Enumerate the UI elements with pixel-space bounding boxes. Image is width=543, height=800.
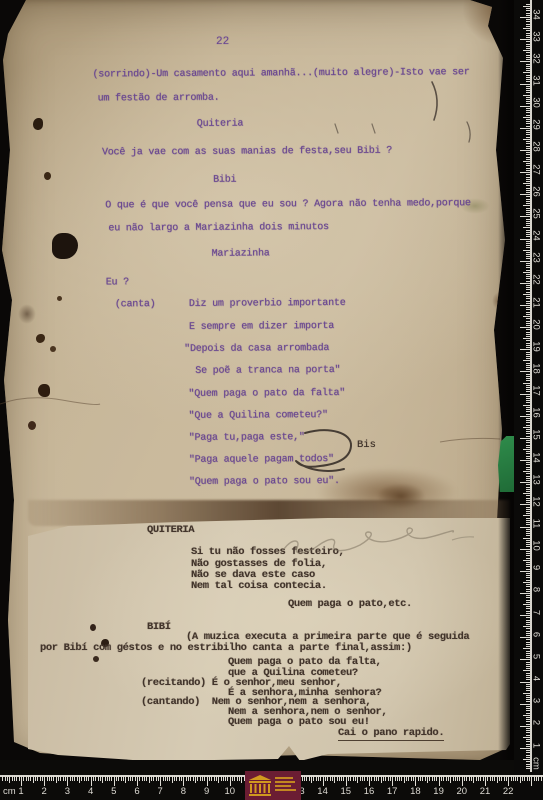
ruler-tick [151, 776, 152, 781]
ruler-tick [188, 776, 189, 781]
ruler-tick [209, 776, 210, 781]
ruler-tick [399, 776, 400, 781]
ruler-number: 22 [498, 786, 518, 797]
ruler-number: 30 [530, 95, 543, 111]
ruler-tick [520, 659, 530, 660]
ruler-tick [526, 4, 531, 5]
ruler-tick [490, 776, 491, 781]
ruler-tick [84, 776, 85, 781]
ruler-tick [218, 776, 219, 783]
ruler-tick [499, 776, 500, 781]
ruler-tick [109, 776, 110, 781]
ruler-number: 31 [530, 73, 543, 89]
ruler-tick [107, 776, 108, 781]
ruler-tick [323, 776, 324, 786]
ruler-tick [443, 776, 444, 781]
ruler-tick [2, 776, 3, 781]
ruler-tick [88, 776, 89, 781]
ruler-number: 24 [530, 228, 543, 244]
ruler-tick [142, 776, 143, 781]
ruler-tick [19, 776, 20, 781]
paper-stain [28, 421, 36, 430]
ruler-tick [418, 776, 419, 781]
ruler-tick [497, 776, 498, 783]
ruler-tick [16, 776, 17, 781]
ruler-number: 17 [382, 786, 402, 797]
ruler-number: 33 [530, 28, 543, 44]
bottom-ruler-unit-label: cm [3, 786, 16, 797]
ruler-tick [376, 776, 377, 781]
ruler-tick [381, 776, 382, 783]
ruler-number: 11 [530, 516, 543, 532]
ruler-tick [464, 776, 465, 781]
paper-stain [33, 118, 43, 130]
ruler-tick [453, 776, 454, 781]
paper-stain [36, 334, 45, 343]
ruler-tick [526, 580, 531, 581]
ruler-tick [60, 776, 61, 781]
ruler-tick [58, 776, 59, 781]
ruler-tick [469, 776, 470, 781]
ruler-tick [207, 776, 208, 786]
ruler-tick [313, 776, 314, 781]
ruler-tick [378, 776, 379, 781]
ruler-tick [526, 70, 531, 71]
ruler-tick [56, 776, 57, 783]
ruler-tick [526, 26, 531, 27]
ruler-tick [51, 776, 52, 781]
ruler-tick [526, 203, 531, 204]
ruler-tick [534, 776, 535, 781]
ruler-tick [408, 776, 409, 781]
ruler-tick [14, 776, 15, 781]
ruler-tick [466, 776, 467, 781]
typed-line: Eu ? [106, 277, 129, 288]
ruler-tick [197, 776, 198, 781]
ruler-tick [494, 776, 495, 781]
ruler-tick [241, 776, 242, 783]
ruler-tick [526, 688, 531, 689]
ruler-tick [318, 776, 319, 781]
typed-line: Diz um proverbio importante [189, 298, 346, 310]
ruler-tick [526, 115, 531, 116]
ruler-tick [369, 776, 370, 786]
ruler-tick [450, 776, 451, 783]
ruler-tick [520, 17, 530, 18]
ruler-tick [520, 261, 530, 262]
ruler-tick [471, 776, 472, 781]
ruler-tick [332, 776, 333, 781]
typed-line: Quem paga o pato,etc. [288, 598, 412, 610]
ruler-number: 13 [530, 471, 543, 487]
ruler-number: 34 [530, 6, 543, 22]
ruler-number: 18 [405, 786, 425, 797]
ruler-tick [44, 776, 45, 786]
ruler-tick [160, 776, 161, 786]
ruler-tick [397, 776, 398, 781]
ruler-tick [526, 92, 531, 93]
ruler-number: 18 [530, 360, 543, 376]
ruler-tick [392, 776, 393, 786]
ruler-tick [526, 225, 531, 226]
ruler-tick [74, 776, 75, 781]
ruler-tick [211, 776, 212, 781]
typed-line: um festão de arromba. [98, 93, 220, 105]
ruler-tick [79, 776, 80, 783]
ruler-tick [158, 776, 159, 781]
ruler-tick [309, 776, 310, 781]
ruler-tick [526, 289, 531, 290]
ruler-tick [513, 776, 514, 781]
ruler-tick [415, 776, 416, 786]
stamp-text-line [275, 785, 291, 787]
ruler-tick [520, 371, 530, 372]
ruler-tick [26, 776, 27, 781]
ruler-number: 10 [530, 538, 543, 554]
ruler-tick [193, 776, 194, 781]
ruler-tick [520, 571, 530, 572]
ruler-number: 7 [150, 786, 170, 797]
ruler-tick [130, 776, 131, 781]
ruler-tick [526, 157, 531, 158]
ruler-number: 21 [530, 294, 543, 310]
ruler-number: 25 [530, 205, 543, 221]
ruler-tick [343, 776, 344, 781]
ruler-tick [91, 776, 92, 786]
typed-line: Nem tal coisa contecia. [191, 580, 327, 592]
ruler-tick [339, 776, 340, 781]
ruler-tick [526, 68, 531, 69]
ruler-number: 6 [530, 626, 543, 642]
ruler-tick [67, 776, 68, 786]
ruler-tick [520, 305, 530, 306]
ruler-tick [526, 90, 531, 91]
ruler-tick [385, 776, 386, 781]
ruler-number: 4 [81, 786, 101, 797]
ruler-tick [21, 776, 22, 786]
ruler-tick [128, 776, 129, 781]
paper-stain [44, 172, 51, 180]
ruler-tick [232, 776, 233, 781]
ruler-tick [204, 776, 205, 781]
ruler-tick [190, 776, 191, 781]
ruler-tick [350, 776, 351, 781]
ruler-number: 5 [530, 648, 543, 664]
ruler-tick [172, 776, 173, 783]
ruler-tick [515, 776, 516, 781]
right-ruler-unit-label: cm [530, 756, 543, 772]
ruler-tick [341, 776, 342, 781]
ruler-tick [520, 637, 530, 638]
ruler-tick [526, 489, 531, 490]
ruler-tick [520, 239, 530, 240]
ruler-tick [230, 776, 231, 786]
ruler-tick [483, 776, 484, 781]
ruler-tick [526, 46, 531, 47]
ruler-tick [360, 776, 361, 781]
ruler-tick [37, 776, 38, 781]
ruler-tick [81, 776, 82, 781]
ruler-tick [526, 334, 531, 335]
ruler-tick [357, 776, 358, 783]
ruler-tick [183, 776, 184, 786]
ruler-tick [420, 776, 421, 781]
typed-line: "Que a Quilina cometeu?" [189, 410, 328, 422]
ruler-tick [529, 776, 530, 781]
typed-line: eu não largo a Mariazinha dois minutos [108, 222, 329, 234]
ruler-tick [480, 776, 481, 781]
ruler-tick [520, 61, 530, 62]
archive-building-icon [249, 775, 271, 796]
ruler-tick [179, 776, 180, 781]
ruler-tick [526, 380, 531, 381]
ruler-number: 8 [173, 786, 193, 797]
ruler-number: 20 [530, 316, 543, 332]
typed-line: Cai o pano rapido. [338, 727, 444, 741]
ruler-tick [538, 776, 539, 781]
ruler-tick [327, 776, 328, 781]
ruler-tick [116, 776, 117, 781]
ruler-tick [334, 776, 335, 783]
ruler-tick [434, 776, 435, 781]
typed-line: BIBÍ [147, 621, 171, 633]
paper-stain [57, 296, 62, 301]
ruler-tick [348, 776, 349, 781]
ruler-tick [406, 776, 407, 781]
ruler-tick [526, 469, 531, 470]
ruler-tick [526, 314, 531, 315]
ruler-number: 9 [197, 786, 217, 797]
ruler-tick [425, 776, 426, 781]
ruler-tick [404, 776, 405, 783]
ruler-tick [123, 776, 124, 781]
ruler-tick [144, 776, 145, 781]
ruler-tick [526, 48, 531, 49]
ruler-number: 3 [530, 693, 543, 709]
ruler-tick [149, 776, 150, 783]
ruler-tick [526, 555, 531, 556]
ruler-number: 9 [530, 560, 543, 576]
ruler-tick [526, 425, 531, 426]
ruler-number: 10 [220, 786, 240, 797]
ruler-tick [441, 776, 442, 781]
ruler-tick [12, 776, 13, 781]
typed-line: E sempre em dizer importa [189, 321, 334, 333]
ruler-tick [526, 336, 531, 337]
stamp-text-line [275, 789, 296, 791]
ruler-tick [7, 776, 8, 781]
bis-annotation: Bis [357, 439, 376, 451]
ruler-tick [176, 776, 177, 781]
ruler-tick [527, 776, 528, 781]
ruler-tick [227, 776, 228, 781]
ruler-tick [526, 622, 531, 623]
ruler-tick [23, 776, 24, 781]
ruler-tick [346, 776, 347, 786]
ruler-tick [526, 597, 531, 598]
ruler-tick [517, 776, 518, 781]
ruler-tick [200, 776, 201, 781]
ruler-tick [526, 137, 531, 138]
ruler-tick [526, 735, 531, 736]
ruler-tick [526, 445, 531, 446]
ruler-tick [125, 776, 126, 783]
ruler-tick [522, 776, 523, 781]
paper-stain [38, 384, 50, 397]
ruler-tick [422, 776, 423, 781]
ruler-number: 20 [452, 786, 472, 797]
ruler-tick [526, 491, 531, 492]
ruler-tick [526, 154, 531, 155]
ruler-tick [100, 776, 101, 781]
ruler-tick [520, 549, 530, 550]
ruler-number: 16 [530, 405, 543, 421]
ruler-number: 19 [530, 338, 543, 354]
ruler-tick [526, 134, 531, 135]
ruler-tick [526, 159, 531, 160]
typed-line: Bibi [213, 175, 236, 186]
ruler-tick [526, 24, 531, 25]
ruler-tick [526, 400, 531, 401]
ruler-number: 19 [429, 786, 449, 797]
ruler-tick [169, 776, 170, 781]
ruler-tick [526, 312, 531, 313]
ruler-number: 4 [530, 671, 543, 687]
ruler-tick [137, 776, 138, 786]
ruler-tick [320, 776, 321, 781]
ruler-tick [135, 776, 136, 781]
ruler-number: 15 [530, 427, 543, 443]
ruler-tick [520, 106, 530, 107]
ruler-tick [526, 511, 531, 512]
typed-line: "Quem paga o pato da falta" [188, 388, 345, 400]
ruler-tick [302, 776, 303, 781]
ruler-tick [536, 776, 537, 781]
ruler-number: 21 [475, 786, 495, 797]
ruler-tick [325, 776, 326, 781]
ruler-tick [526, 292, 531, 293]
ruler-number: 8 [530, 582, 543, 598]
ruler-tick [473, 776, 474, 783]
ruler-tick [306, 776, 307, 781]
ruler-tick [506, 776, 507, 781]
ruler-tick [33, 776, 34, 783]
ruler-tick [304, 776, 305, 781]
ruler-tick [520, 593, 530, 594]
ruler-tick [5, 776, 6, 781]
ruler-tick [520, 349, 530, 350]
ruler-tick [395, 776, 396, 781]
ruler-tick [353, 776, 354, 781]
ruler-tick [526, 713, 531, 714]
ruler-tick [413, 776, 414, 781]
ruler-number: 2 [530, 715, 543, 731]
typed-line: Quiteria [197, 119, 243, 130]
ruler-tick [526, 447, 531, 448]
ruler-number: 17 [530, 383, 543, 399]
ruler-number: 27 [530, 161, 543, 177]
ruler-number: 1 [530, 737, 543, 753]
ruler-tick [337, 776, 338, 781]
ruler-tick [153, 776, 154, 781]
ruler-tick [401, 776, 402, 781]
ruler-tick [526, 533, 531, 534]
ruler-tick [35, 776, 36, 781]
ruler-tick [439, 776, 440, 786]
ruler-tick [520, 216, 530, 217]
ruler-tick [446, 776, 447, 781]
ruler-number: 28 [530, 139, 543, 155]
ruler-tick [520, 84, 530, 85]
ruler-tick [432, 776, 433, 781]
ruler-number: 14 [313, 786, 333, 797]
ruler-tick [146, 776, 147, 781]
ruler-tick [355, 776, 356, 781]
ruler-tick [526, 668, 531, 669]
ruler-tick [102, 776, 103, 783]
ruler-tick [77, 776, 78, 781]
ruler-tick [520, 327, 530, 328]
ruler-tick [225, 776, 226, 781]
ruler-tick [316, 776, 317, 781]
ruler-tick [72, 776, 73, 781]
typed-line: "Quem paga o pato sou eu". [189, 476, 340, 488]
typed-line: QUITERIA [147, 524, 194, 536]
typed-line: "Paga aquele pagam todos" [189, 454, 334, 466]
ruler-tick [526, 646, 531, 647]
ruler-number: 6 [127, 786, 147, 797]
ruler-number: 16 [359, 786, 379, 797]
ruler-tick [429, 776, 430, 781]
ruler-tick [520, 416, 530, 417]
ruler-tick [163, 776, 164, 781]
ruler-tick [174, 776, 175, 781]
ruler-tick [520, 394, 530, 395]
ruler-tick [526, 602, 531, 603]
ruler-tick [462, 776, 463, 786]
ruler-tick [86, 776, 87, 781]
ruler-number: 15 [336, 786, 356, 797]
page-number: 22 [216, 36, 229, 48]
ruler-tick [311, 776, 312, 783]
ruler-tick [436, 776, 437, 781]
ruler-tick [501, 776, 502, 781]
ruler-tick [520, 150, 530, 151]
ruler-tick [511, 776, 512, 781]
ruler-tick [541, 776, 542, 781]
ruler-tick [362, 776, 363, 781]
ruler-tick [63, 776, 64, 781]
ruler-tick [520, 482, 530, 483]
ruler-tick [526, 356, 531, 357]
ruler-tick [42, 776, 43, 781]
ruler-tick [132, 776, 133, 781]
ruler-tick [520, 726, 530, 727]
typed-line: "Paga tu,paga este," [189, 432, 305, 444]
ruler-tick [28, 776, 29, 781]
ruler-tick [526, 422, 531, 423]
ruler-tick [53, 776, 54, 781]
ruler-number: 5 [104, 786, 124, 797]
ruler-number: 3 [57, 786, 77, 797]
ruler-number: 22 [530, 272, 543, 288]
ruler-tick [526, 513, 531, 514]
ruler-number: 26 [530, 183, 543, 199]
ruler-tick [223, 776, 224, 781]
ruler-tick [30, 776, 31, 781]
ruler-tick [526, 600, 531, 601]
ruler-tick [520, 615, 530, 616]
